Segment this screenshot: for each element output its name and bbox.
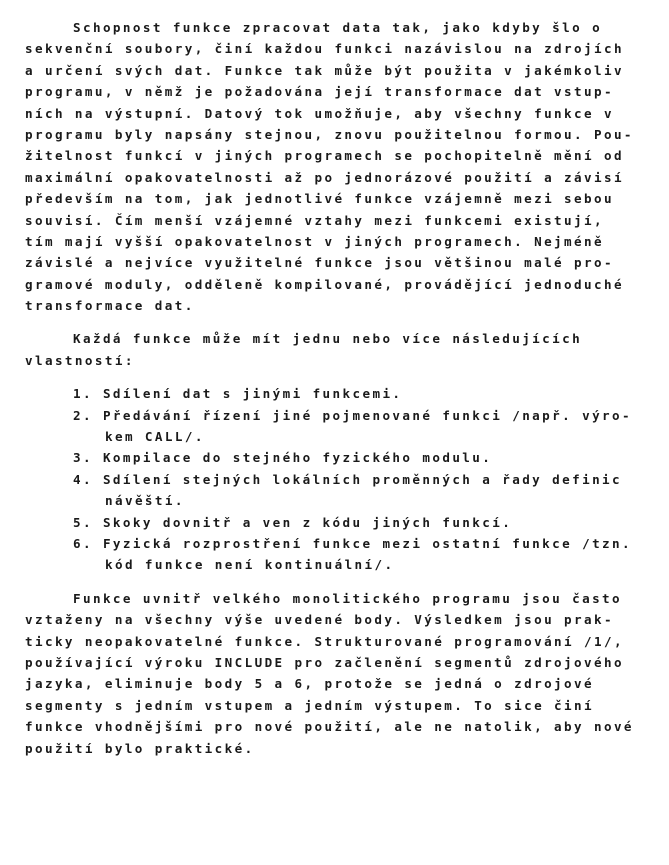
text-line: vztaženy na všechny výše uvedené body. V… — [25, 609, 665, 630]
text-line: a určení svých dat. Funkce tak může být … — [25, 60, 665, 81]
text-line: programu byly napsány stejnou, znovu pou… — [25, 124, 665, 145]
list-number: 5. — [73, 515, 93, 530]
list-item: 4. Sdílení stejných lokálních proměnných… — [25, 469, 665, 512]
list-text-continuation: kód funkce není kontinuální/. — [25, 554, 665, 575]
text-line: Funkce uvnitř velkého monolitického prog… — [25, 588, 665, 609]
text-line: segmenty s jedním vstupem a jedním výstu… — [25, 695, 665, 716]
text-line: závislé a nejvíce využitelné funkce jsou… — [25, 252, 665, 273]
text-line: gramové moduly, odděleně kompilované, pr… — [25, 274, 665, 295]
text-line: ních na výstupní. Datový tok umožňuje, a… — [25, 103, 665, 124]
text-line: žitelnost funkcí v jiných programech se … — [25, 145, 665, 166]
list-number: 4. — [73, 472, 93, 487]
text-line: používající výroku INCLUDE pro začlenění… — [25, 652, 665, 673]
text-line: vlastností: — [25, 350, 665, 371]
list-text-continuation: kem CALL/. — [25, 426, 665, 447]
list-text: Kompilace do stejného fyzického modulu. — [103, 450, 492, 465]
list-number: 1. — [73, 386, 93, 401]
text-line: programu, v němž je požadována její tran… — [25, 81, 665, 102]
paragraph-data-flow: Schopnost funkce zpracovat data tak, jak… — [25, 17, 665, 316]
list-text: Fyzická rozprostření funkce mezi ostatní… — [103, 536, 632, 551]
list-text: Sdílení dat s jinými funkcemi. — [103, 386, 402, 401]
text-line: sekvenční soubory, činí každou funkci na… — [25, 38, 665, 59]
text-line: funkce vhodnějšími pro nové použití, ale… — [25, 716, 665, 737]
list-item: 1. Sdílení dat s jinými funkcemi. — [25, 383, 665, 404]
text-line: tím mají vyšší opakovatelnost v jiných p… — [25, 231, 665, 252]
list-item: 2. Předávání řízení jiné pojmenované fun… — [25, 405, 665, 448]
typewritten-page: Schopnost funkce zpracovat data tak, jak… — [25, 17, 665, 759]
paragraph-properties-intro: Každá funkce může mít jednu nebo více ná… — [25, 328, 665, 371]
list-item: 6. Fyzická rozprostření funkce mezi osta… — [25, 533, 665, 576]
text-line: souvisí. Čím menší vzájemné vztahy mezi … — [25, 210, 665, 231]
list-number: 3. — [73, 450, 93, 465]
list-text: Sdílení stejných lokálních proměnných a … — [103, 472, 622, 487]
text-line: Schopnost funkce zpracovat data tak, jak… — [25, 17, 665, 38]
text-line: Každá funkce může mít jednu nebo více ná… — [25, 328, 665, 349]
list-text: Skoky dovnitř a ven z kódu jiných funkcí… — [103, 515, 512, 530]
text-line: maximální opakovatelnosti až po jednoráz… — [25, 167, 665, 188]
list-item: 5. Skoky dovnitř a ven z kódu jiných fun… — [25, 512, 665, 533]
list-text: Předávání řízení jiné pojmenované funkci… — [103, 408, 632, 423]
list-number: 6. — [73, 536, 93, 551]
text-line: jazyka, eliminuje body 5 a 6, protože se… — [25, 673, 665, 694]
list-number: 2. — [73, 408, 93, 423]
list-text-continuation: návěští. — [25, 490, 665, 511]
list-item: 3. Kompilace do stejného fyzického modul… — [25, 447, 665, 468]
text-line: použití bylo praktické. — [25, 738, 665, 759]
text-line: především na tom, jak jednotlivé funkce … — [25, 188, 665, 209]
text-line: ticky neopakovatelné funkce. Strukturova… — [25, 631, 665, 652]
paragraph-monolithic-programs: Funkce uvnitř velkého monolitického prog… — [25, 588, 665, 759]
text-line: transformace dat. — [25, 295, 665, 316]
properties-list: 1. Sdílení dat s jinými funkcemi. 2. Pře… — [25, 383, 665, 576]
